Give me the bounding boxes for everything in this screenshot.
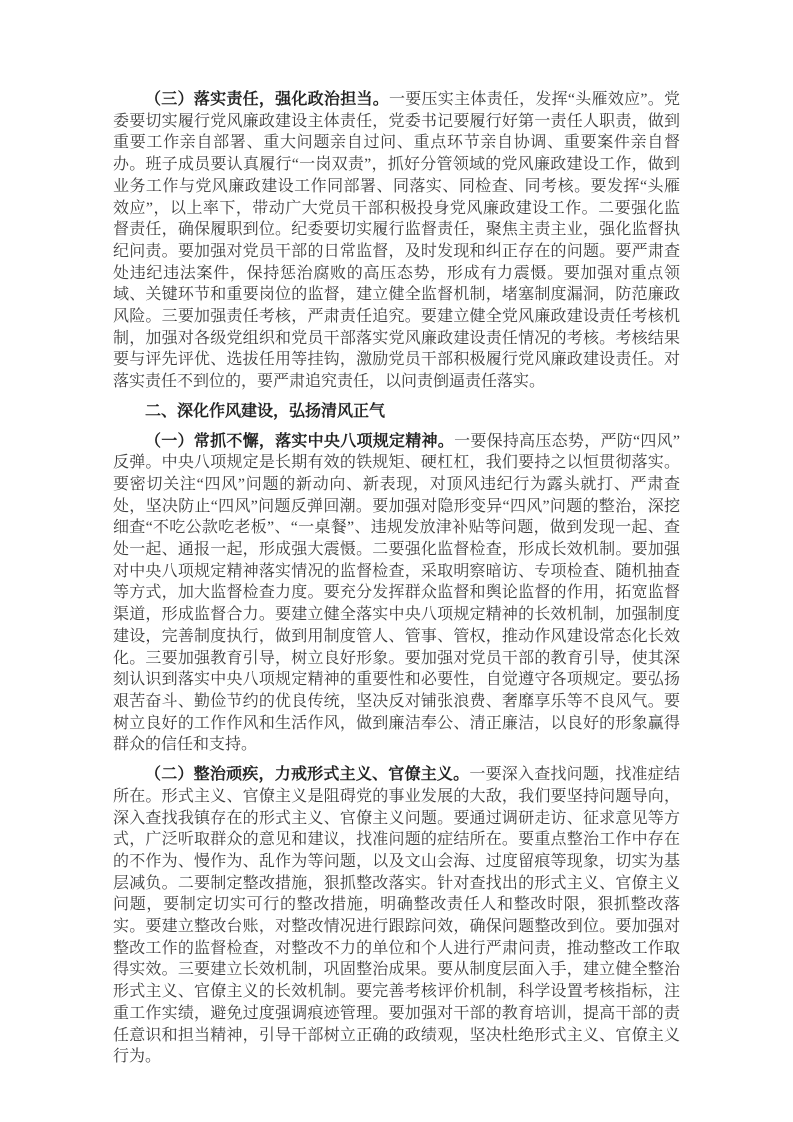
paragraph-eight-regulations: （一）常抓不懈，落实中央八项规定精神。一要保持高压态势，严防“四风”反弹。中央八… xyxy=(113,431,680,757)
paragraph-body: 一要深入查找问题，找准症结所在。形式主义、官僚主义是阻碍党的事业发展的大敌，我们… xyxy=(113,766,680,1065)
paragraph-lead: （二）整治顽疾，力戒形式主义、官僚主义。 xyxy=(145,766,469,783)
paragraph-body: 一要保持高压态势，严防“四风”反弹。中央八项规定是长期有效的铁规矩、硬杠杠，我们… xyxy=(113,433,680,754)
paragraph-lead: （一）常抓不懈，落实中央八项规定精神。 xyxy=(145,433,454,450)
paragraph-body: 一要压实主体责任，发挥“头雁效应”。党委要切实履行党风廉政建设主体责任，党委书记… xyxy=(113,91,680,390)
paragraph-formalism-bureaucracy: （二）整治顽疾，力戒形式主义、官僚主义。一要深入查找问题，找准症结所在。形式主义… xyxy=(113,764,680,1068)
paragraph-lead: （三）落实责任，强化政治担当。 xyxy=(145,91,389,108)
document-page: （三）落实责任，强化政治担当。一要压实主体责任，发挥“头雁效应”。党委要切实履行… xyxy=(0,0,793,1122)
section-heading-work-style: 二、深化作风建设，弘扬清风正气 xyxy=(113,401,680,423)
paragraph-responsibility: （三）落实责任，强化政治担当。一要压实主体责任，发挥“头雁效应”。党委要切实履行… xyxy=(113,89,680,393)
document-content: （三）落实责任，强化政治担当。一要压实主体责任，发挥“头雁效应”。党委要切实履行… xyxy=(113,89,680,1068)
